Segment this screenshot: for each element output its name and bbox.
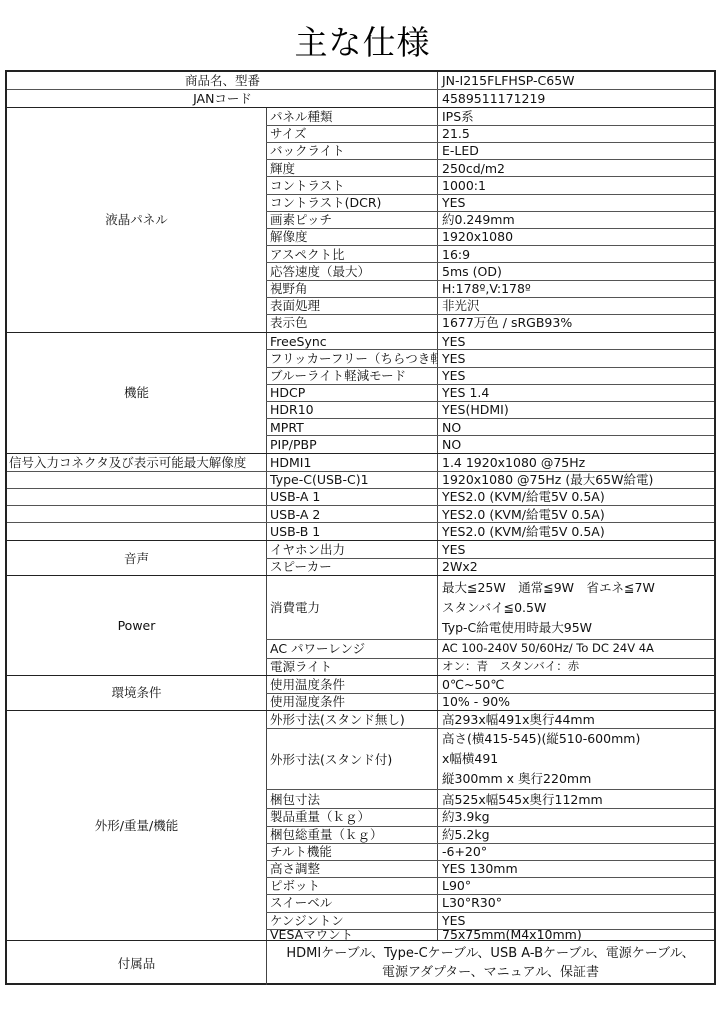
power-consumption-label: 消費電力	[267, 576, 438, 639]
physical-spec-value: YES 130mm	[439, 860, 714, 877]
accessories-value: HDMIケーブル、Type-Cケーブル、USB A-Bケーブル、電源ケーブル、電…	[267, 941, 714, 985]
physical-spec-value: 高293x幅491x奥行44mm	[439, 711, 714, 728]
physical-spec-label: ピボット	[267, 877, 438, 894]
physical-spec-value: -6+20°	[439, 843, 714, 860]
lcd-spec-label: 表示色	[267, 314, 438, 331]
spec-value-jan: 4589511171219	[439, 90, 714, 107]
signal-spec-value: YES2.0 (KVM/給電5V 0.5A)	[439, 523, 714, 540]
page-title: 主な仕様	[0, 22, 725, 64]
power-spec-value: AC 100-240V 50/60Hz/ To DC 24V 4A	[439, 640, 714, 657]
lcd-spec-label: 画素ピッチ	[267, 211, 438, 228]
dims-with-stand-value: 高さ(横415-545)(縦510-600mm)x幅横491縦300mm x 奥…	[439, 729, 714, 789]
power-consumption-line: 最大≦25W 通常≦9W 省エネ≦7W	[442, 578, 655, 598]
power-spec-label: 電源ライト	[267, 658, 438, 675]
signal-spec-label: HDMI1	[267, 454, 438, 471]
audio-spec-value: YES	[439, 541, 714, 558]
audio-spec-value: 2Wx2	[439, 558, 714, 575]
lcd-spec-value: 約0.249mm	[439, 211, 714, 228]
spec-table: 商品名、型番 JN-I215FLFHSP-C65W JANコード 4589511…	[5, 70, 716, 985]
physical-spec-value: YES	[439, 912, 714, 929]
physical-spec-label: 外形寸法(スタンド無し)	[267, 711, 438, 728]
physical-spec-label: ケンジントン	[267, 912, 438, 929]
audio-spec-label: イヤホン出力	[267, 541, 438, 558]
lcd-spec-label: 表面処理	[267, 297, 438, 314]
signal-spec-value: 1.4 1920x1080 @75Hz	[439, 454, 714, 471]
lcd-spec-label: 視野角	[267, 280, 438, 297]
physical-spec-label: 梱包総重量（ｋｇ）	[267, 826, 438, 843]
lcd-spec-label: 応答速度（最大）	[267, 263, 438, 280]
empty-group-cell	[7, 471, 266, 488]
power-consumption-line: スタンバイ≦0.5W	[442, 598, 546, 618]
physical-spec-label: 外形寸法(スタンド付)	[267, 729, 438, 789]
signal-spec-label: Type-C(USB-C)1	[267, 471, 438, 488]
feature-spec-label: FreeSync	[267, 333, 438, 350]
lcd-spec-value: YES	[439, 194, 714, 211]
lcd-spec-value: 5ms (OD)	[439, 263, 714, 280]
spec-label-jan: JANコード	[7, 90, 438, 107]
signal-spec-label: USB-B 1	[267, 523, 438, 540]
lcd-spec-value: 250cd/m2	[439, 160, 714, 177]
lcd-spec-value: H:178º,V:178º	[439, 280, 714, 297]
group-label-audio: 音声	[7, 541, 266, 575]
power-consumption-value: 最大≦25W 通常≦9W 省エネ≦7Wスタンバイ≦0.5WTyp-C給電使用時最…	[439, 576, 714, 639]
lcd-spec-label: コントラスト	[267, 177, 438, 194]
signal-spec-label: USB-A 2	[267, 506, 438, 523]
lcd-spec-value: 1000:1	[439, 177, 714, 194]
environment-spec-value: 0℃~50℃	[439, 676, 714, 693]
lcd-spec-label: バックライト	[267, 142, 438, 159]
lcd-spec-label: 輝度	[267, 160, 438, 177]
group-label-features: 機能	[7, 333, 266, 453]
feature-spec-value: YES	[439, 333, 714, 350]
physical-spec-value: 高525x幅545x奥行112mm	[439, 790, 714, 808]
feature-spec-label: PIP/PBP	[267, 436, 438, 453]
physical-spec-label: 高さ調整	[267, 860, 438, 877]
physical-spec-value: 約3.9kg	[439, 808, 714, 825]
signal-spec-value: YES2.0 (KVM/給電5V 0.5A)	[439, 506, 714, 523]
group-label-lcd-panel: 液晶パネル	[7, 108, 266, 330]
group-label-physical: 外形/重量/機能	[7, 711, 266, 940]
feature-spec-value: YES 1.4	[439, 384, 714, 401]
physical-spec-label: VESAマウント	[267, 930, 438, 940]
feature-spec-value: NO	[439, 419, 714, 436]
physical-spec-value: 75x75mm(M4x10mm)	[439, 930, 714, 940]
feature-spec-label: ブルーライト軽減モード	[267, 367, 438, 384]
power-consumption-line: Typ-C給電使用時最大95W	[442, 618, 592, 638]
lcd-spec-value: 非光沢	[439, 297, 714, 314]
spec-label-product-name: 商品名、型番	[7, 72, 438, 89]
physical-spec-label: 梱包寸法	[267, 790, 438, 808]
lcd-spec-label: コントラスト(DCR)	[267, 194, 438, 211]
accessories-line: HDMIケーブル、Type-Cケーブル、USB A-Bケーブル、電源ケーブル、	[286, 944, 694, 963]
physical-spec-value: L30°R30°	[439, 894, 714, 911]
physical-spec-label: 製品重量（ｋｇ）	[267, 808, 438, 825]
environment-spec-value: 10% - 90%	[439, 693, 714, 710]
physical-spec-value: 約5.2kg	[439, 826, 714, 843]
spec-value-product-name: JN-I215FLFHSP-C65W	[439, 72, 714, 89]
lcd-spec-value: 16:9	[439, 246, 714, 263]
group-label-accessories: 付属品	[7, 941, 266, 985]
physical-spec-label: スイーベル	[267, 894, 438, 911]
signal-spec-value: YES2.0 (KVM/給電5V 0.5A)	[439, 488, 714, 505]
audio-spec-label: スピーカー	[267, 558, 438, 575]
environment-spec-label: 使用温度条件	[267, 676, 438, 693]
dims-line: x幅横491	[442, 749, 498, 769]
lcd-spec-value: IPS系	[439, 108, 714, 125]
group-label-signal-input: 信号入力コネクタ及び表示可能最大解像度	[7, 454, 266, 471]
power-spec-value: オン：青 スタンバイ：赤	[439, 658, 714, 675]
lcd-spec-label: アスペクト比	[267, 246, 438, 263]
signal-spec-value: 1920x1080 @75Hz (最大65W給電)	[439, 471, 714, 488]
signal-spec-label: USB-A 1	[267, 488, 438, 505]
lcd-spec-label: 解像度	[267, 228, 438, 245]
dims-line: 縦300mm x 奥行220mm	[442, 769, 591, 789]
lcd-spec-value: 1677万色 / sRGB93%	[439, 314, 714, 331]
lcd-spec-label: サイズ	[267, 125, 438, 142]
empty-group-cell	[7, 506, 266, 523]
feature-spec-value: YES	[439, 350, 714, 367]
feature-spec-label: フリッカーフリー（ちらつき軽減）	[267, 350, 438, 367]
feature-spec-label: HDR10	[267, 401, 438, 418]
feature-spec-value: YES(HDMI)	[439, 401, 714, 418]
feature-spec-label: HDCP	[267, 384, 438, 401]
physical-spec-value: L90°	[439, 877, 714, 894]
accessories-line: 電源アダプター、マニュアル、保証書	[382, 963, 599, 982]
physical-spec-label: チルト機能	[267, 843, 438, 860]
lcd-spec-label: パネル種類	[267, 108, 438, 125]
lcd-spec-value: E-LED	[439, 142, 714, 159]
feature-spec-value: YES	[439, 367, 714, 384]
group-label-environment: 環境条件	[7, 676, 266, 710]
empty-group-cell	[7, 523, 266, 540]
feature-spec-value: NO	[439, 436, 714, 453]
lcd-spec-value: 1920x1080	[439, 228, 714, 245]
feature-spec-label: MPRT	[267, 419, 438, 436]
empty-group-cell	[7, 488, 266, 505]
dims-line: 高さ(横415-545)(縦510-600mm)	[442, 729, 640, 749]
lcd-spec-value: 21.5	[439, 125, 714, 142]
environment-spec-label: 使用湿度条件	[267, 693, 438, 710]
power-spec-label: AC パワーレンジ	[267, 640, 438, 657]
group-label-power: Power	[7, 576, 266, 673]
